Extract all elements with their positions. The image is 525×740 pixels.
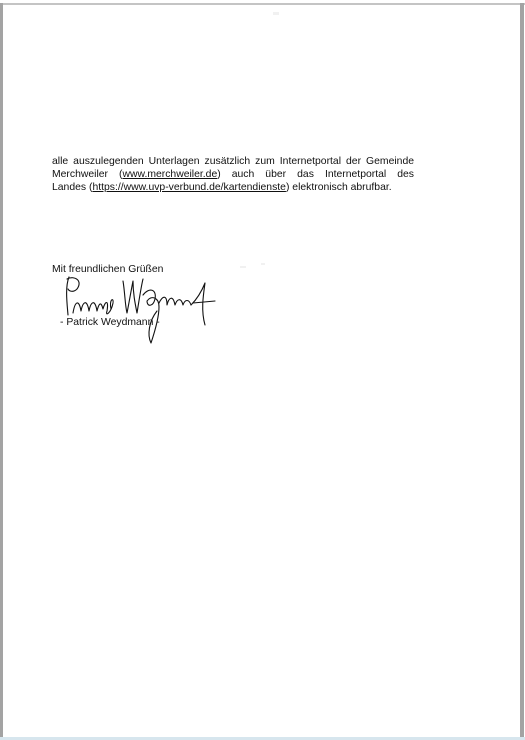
- text-fragment: Landes (: [52, 182, 92, 193]
- scan-artifact: [240, 266, 246, 268]
- body-paragraph: alle auszulegenden Unterlagen zusätzlich…: [52, 155, 414, 194]
- document-page: alle auszulegenden Unterlagen zusätzlich…: [3, 5, 520, 737]
- handwritten-signature-icon: [59, 273, 219, 345]
- text-fragment: Merchweiler (: [52, 169, 123, 180]
- right-scrollbar[interactable]: [520, 3, 524, 737]
- merchweiler-link[interactable]: www.merchweiler.de: [123, 169, 218, 180]
- scan-artifact: [273, 12, 279, 15]
- text-fragment: ) elektronisch abrufbar.: [286, 182, 392, 193]
- uvp-verbund-link[interactable]: https://www.uvp-verbund.de/kartendienste: [92, 182, 286, 193]
- text-fragment: ) auch über das Internetportal des: [217, 169, 414, 180]
- paragraph-line-3: Landes (https://www.uvp-verbund.de/karte…: [52, 181, 414, 194]
- scan-artifact: [261, 263, 265, 265]
- paragraph-line-2: Merchweiler (www.merchweiler.de) auch üb…: [52, 168, 414, 181]
- document-viewer: alle auszulegenden Unterlagen zusätzlich…: [0, 0, 525, 740]
- paragraph-line-1: alle auszulegenden Unterlagen zusätzlich…: [52, 155, 414, 168]
- signer-name: - Patrick Weydmann -: [60, 317, 160, 328]
